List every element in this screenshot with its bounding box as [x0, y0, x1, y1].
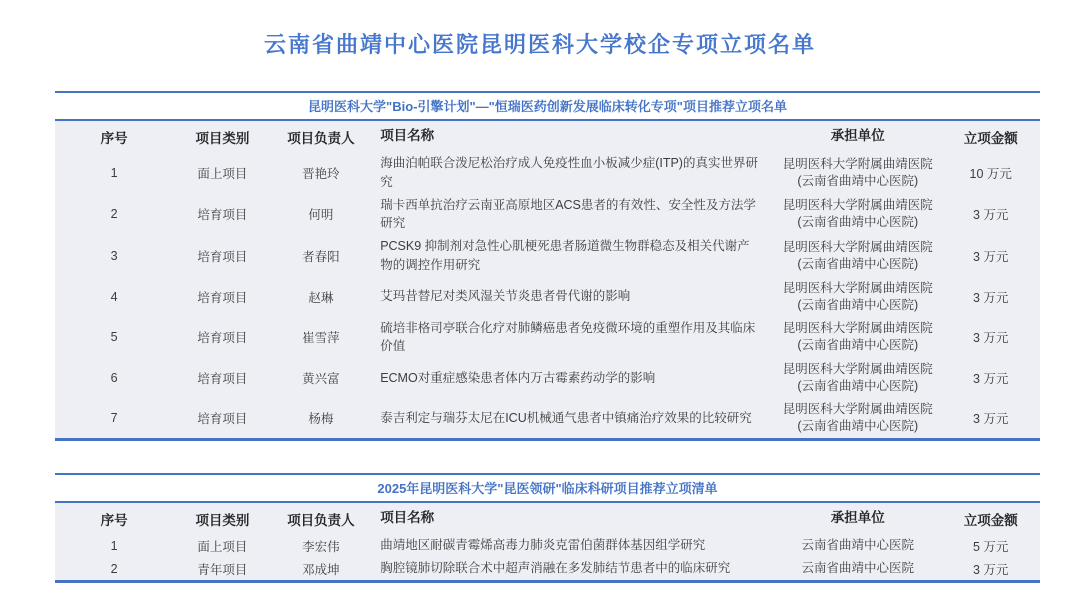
- unit-line: (云南省曲靖中心医院): [774, 418, 941, 435]
- cell-amount: 3 万元: [941, 328, 1040, 346]
- col-header-category: 项目类别: [173, 127, 272, 147]
- cell-leader: 者春阳: [272, 247, 371, 265]
- unit-line: (云南省曲靖中心医院): [774, 378, 941, 395]
- cell-leader: 晋艳玲: [272, 164, 371, 182]
- cell-unit: 昆明医科大学附属曲靖医院 (云南省曲靖中心医院): [774, 280, 941, 314]
- cell-project-name: PCSK9 抑制剂对急性心肌梗死患者肠道微生物群稳态及相关代谢产物的调控作用研究: [370, 237, 774, 275]
- cell-unit: 云南省曲靖中心医院: [774, 537, 941, 554]
- cell-project-name: 胸腔镜肺切除联合术中超声消融在多发肺结节患者中的临床研究: [370, 559, 774, 578]
- table-row: 3 培育项目 者春阳 PCSK9 抑制剂对急性心肌梗死患者肠道微生物群稳态及相关…: [55, 235, 1040, 277]
- cell-project-name: ECMO对重症感染患者体内万古霉素药动学的影响: [370, 369, 774, 388]
- cell-no: 5: [55, 330, 173, 344]
- cell-leader: 何明: [272, 205, 371, 223]
- cell-category: 培育项目: [173, 288, 272, 306]
- document-page: 云南省曲靖中心医院昆明医科大学校企专项立项名单 昆明医科大学"Bio-引擎计划"…: [0, 28, 1080, 583]
- cell-unit: 云南省曲靖中心医院: [774, 560, 941, 577]
- cell-no: 2: [55, 562, 173, 576]
- cell-category: 青年项目: [173, 560, 272, 578]
- table-row: 2 培育项目 何明 瑞卡西单抗治疗云南亚高原地区ACS患者的有效性、安全性及方法…: [55, 194, 1040, 236]
- cell-no: 6: [55, 371, 173, 385]
- cell-category: 面上项目: [173, 537, 272, 555]
- cell-amount: 3 万元: [941, 247, 1040, 265]
- kunyi-lingyan-project-table: 2025年昆明医科大学"昆医领研"临床科研项目推荐立项清单 序号 项目类别 项目…: [55, 473, 1040, 583]
- unit-line: (云南省曲靖中心医院): [774, 337, 941, 354]
- table-row: 4 培育项目 赵琳 艾玛昔替尼对类风湿关节炎患者骨代谢的影响 昆明医科大学附属曲…: [55, 277, 1040, 317]
- unit-line: (云南省曲靖中心医院): [774, 297, 941, 314]
- cell-category: 面上项目: [173, 164, 272, 182]
- col-header-project-name: 项目名称: [370, 508, 774, 528]
- cell-amount: 10 万元: [941, 164, 1040, 182]
- cell-project-name: 硫培非格司亭联合化疗对肺鳞癌患者免疫微环境的重塑作用及其临床价值: [370, 319, 774, 357]
- table-row: 2 青年项目 邓成坤 胸腔镜肺切除联合术中超声消融在多发肺结节患者中的临床研究 …: [55, 557, 1040, 580]
- cell-no: 3: [55, 249, 173, 263]
- cell-leader: 赵琳: [272, 288, 371, 306]
- col-header-unit: 承担单位: [774, 127, 941, 145]
- cell-project-name: 艾玛昔替尼对类风湿关节炎患者骨代谢的影响: [370, 287, 774, 306]
- cell-unit: 昆明医科大学附属曲靖医院 (云南省曲靖中心医院): [774, 361, 941, 395]
- cell-no: 1: [55, 539, 173, 553]
- cell-project-name: 曲靖地区耐碳青霉烯高毒力肺炎克雷伯菌群体基因组学研究: [370, 536, 774, 555]
- table-row: 1 面上项目 晋艳玲 海曲泊帕联合泼尼松治疗成人免疫性血小板减少症(ITP)的真…: [55, 152, 1040, 194]
- cell-no: 2: [55, 207, 173, 221]
- cell-leader: 杨梅: [272, 409, 371, 427]
- table-grid: 序号 项目类别 项目负责人 项目名称 承担单位 立项金额 1 面上项目 李宏伟 …: [55, 503, 1040, 580]
- col-header-project-name: 项目名称: [370, 126, 774, 146]
- col-header-amount: 立项金额: [941, 127, 1040, 147]
- unit-line: 昆明医科大学附属曲靖医院: [774, 401, 941, 418]
- cell-amount: 3 万元: [941, 409, 1040, 427]
- col-header-category: 项目类别: [173, 509, 272, 529]
- cell-category: 培育项目: [173, 205, 272, 223]
- cell-leader: 李宏伟: [272, 537, 371, 555]
- table-row: 1 面上项目 李宏伟 曲靖地区耐碳青霉烯高毒力肺炎克雷伯菌群体基因组学研究 云南…: [55, 534, 1040, 557]
- bio-engine-project-table: 昆明医科大学"Bio-引擎计划"—"恒瑞医药创新发展临床转化专项"项目推荐立项名…: [55, 91, 1040, 441]
- cell-project-name: 海曲泊帕联合泼尼松治疗成人免疫性血小板减少症(ITP)的真实世界研究: [370, 154, 774, 192]
- col-header-no: 序号: [55, 509, 173, 529]
- unit-line: 昆明医科大学附属曲靖医院: [774, 156, 941, 173]
- unit-line: (云南省曲靖中心医院): [774, 173, 941, 190]
- table-header-row: 序号 项目类别 项目负责人 项目名称 承担单位 立项金额: [55, 121, 1040, 152]
- cell-amount: 3 万元: [941, 560, 1040, 578]
- table-grid: 序号 项目类别 项目负责人 项目名称 承担单位 立项金额 1 面上项目 晋艳玲 …: [55, 121, 1040, 438]
- cell-leader: 邓成坤: [272, 560, 371, 578]
- unit-line: (云南省曲靖中心医院): [774, 256, 941, 273]
- table-row: 7 培育项目 杨梅 泰吉利定与瑞芬太尼在ICU机械通气患者中镇痛治疗效果的比较研…: [55, 398, 1040, 438]
- cell-leader: 黄兴富: [272, 369, 371, 387]
- cell-unit: 昆明医科大学附属曲靖医院 (云南省曲靖中心医院): [774, 401, 941, 435]
- table-section-title: 2025年昆明医科大学"昆医领研"临床科研项目推荐立项清单: [55, 475, 1040, 503]
- unit-line: 昆明医科大学附属曲靖医院: [774, 197, 941, 214]
- cell-category: 培育项目: [173, 328, 272, 346]
- cell-unit: 昆明医科大学附属曲靖医院 (云南省曲靖中心医院): [774, 156, 941, 190]
- cell-amount: 3 万元: [941, 369, 1040, 387]
- unit-line: 昆明医科大学附属曲靖医院: [774, 361, 941, 378]
- table-row: 6 培育项目 黄兴富 ECMO对重症感染患者体内万古霉素药动学的影响 昆明医科大…: [55, 358, 1040, 398]
- cell-leader: 崔雪萍: [272, 328, 371, 346]
- cell-amount: 5 万元: [941, 537, 1040, 555]
- unit-line: 云南省曲靖中心医院: [774, 537, 941, 554]
- unit-line: 昆明医科大学附属曲靖医院: [774, 239, 941, 256]
- cell-no: 4: [55, 290, 173, 304]
- cell-category: 培育项目: [173, 369, 272, 387]
- col-header-leader: 项目负责人: [272, 509, 371, 529]
- cell-unit: 昆明医科大学附属曲靖医院 (云南省曲靖中心医院): [774, 197, 941, 231]
- table-row: 5 培育项目 崔雪萍 硫培非格司亭联合化疗对肺鳞癌患者免疫微环境的重塑作用及其临…: [55, 317, 1040, 359]
- cell-amount: 3 万元: [941, 205, 1040, 223]
- col-header-leader: 项目负责人: [272, 127, 371, 147]
- table-section-title: 昆明医科大学"Bio-引擎计划"—"恒瑞医药创新发展临床转化专项"项目推荐立项名…: [55, 93, 1040, 121]
- unit-line: 云南省曲靖中心医院: [774, 560, 941, 577]
- cell-no: 7: [55, 411, 173, 425]
- cell-amount: 3 万元: [941, 288, 1040, 306]
- col-header-no: 序号: [55, 127, 173, 147]
- col-header-amount: 立项金额: [941, 509, 1040, 529]
- col-header-unit: 承担单位: [774, 509, 941, 527]
- cell-category: 培育项目: [173, 409, 272, 427]
- cell-no: 1: [55, 166, 173, 180]
- unit-line: 昆明医科大学附属曲靖医院: [774, 280, 941, 297]
- table-header-row: 序号 项目类别 项目负责人 项目名称 承担单位 立项金额: [55, 503, 1040, 534]
- cell-unit: 昆明医科大学附属曲靖医院 (云南省曲靖中心医院): [774, 239, 941, 273]
- cell-project-name: 泰吉利定与瑞芬太尼在ICU机械通气患者中镇痛治疗效果的比较研究: [370, 409, 774, 428]
- cell-unit: 昆明医科大学附属曲靖医院 (云南省曲靖中心医院): [774, 320, 941, 354]
- unit-line: 昆明医科大学附属曲靖医院: [774, 320, 941, 337]
- unit-line: (云南省曲靖中心医院): [774, 214, 941, 231]
- cell-project-name: 瑞卡西单抗治疗云南亚高原地区ACS患者的有效性、安全性及方法学研究: [370, 196, 774, 234]
- page-title: 云南省曲靖中心医院昆明医科大学校企专项立项名单: [0, 28, 1080, 59]
- cell-category: 培育项目: [173, 247, 272, 265]
